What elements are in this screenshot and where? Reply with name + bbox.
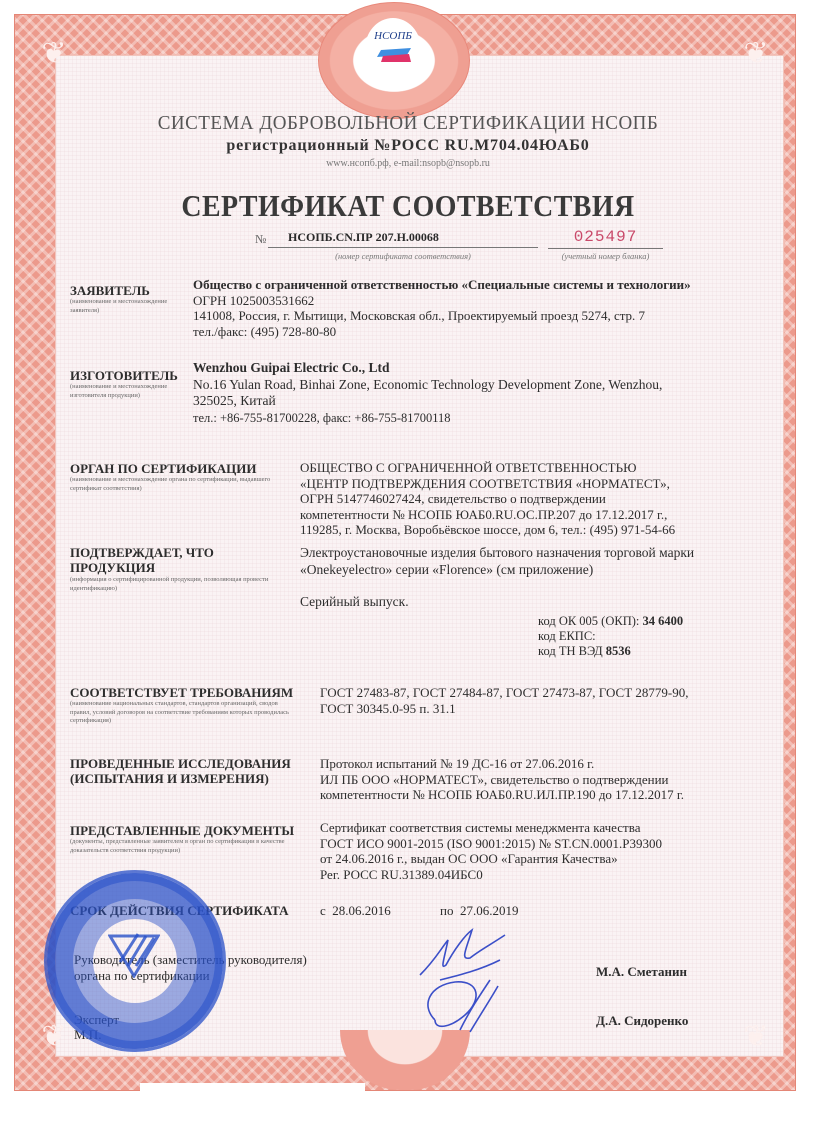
code-okp: код ОК 005 (ОКП): 34 6400 [538,614,683,629]
documents-line: ГОСТ ИСО 9001-2015 (ISO 9001:2015) № ST.… [320,836,662,852]
number-sign: № [255,232,266,247]
code-ekps: код ЕКПС: [538,629,683,644]
validity-from: с 28.06.2016 [320,903,391,919]
manufacturer-phone: тел.: +86-755-81700228, факс: +86-755-81… [193,410,662,427]
requirements-details: ГОСТ 27483-87, ГОСТ 27484-87, ГОСТ 27473… [320,685,688,716]
product-label-line: ПОДТВЕРЖДАЕТ, ЧТО [70,545,214,560]
product-label: ПОДТВЕРЖДАЕТ, ЧТО ПРОДУКЦИЯ [70,545,214,575]
applicant-phone: тел./факс: (495) 728-80-80 [193,324,691,340]
tests-line: компетентности № НСОПБ ЮАБ0.RU.ИЛ.ПР.190… [320,787,684,803]
requirements-note: (наименование национальных стандартов, с… [70,700,300,726]
applicant-label: ЗАЯВИТЕЛЬ [70,283,150,298]
manufacturer-address: No.16 Yulan Road, Binhai Zone, Economic … [193,377,662,394]
applicant-note: (наименование и местонахождение заявител… [70,298,180,315]
certification-body-details: ОБЩЕСТВО С ОГРАНИЧЕННОЙ ОТВЕТСТВЕННОСТЬЮ… [300,460,675,538]
validity-to: по 27.06.2019 [440,903,518,919]
documents-line: от 24.06.2016 г., выдан ОС ООО «Гарантия… [320,851,662,867]
certification-body-line: ОБЩЕСТВО С ОГРАНИЧЕННОЙ ОТВЕТСТВЕННОСТЬЮ [300,460,675,476]
manufacturer-details: Wenzhou Guipai Electric Co., Ltd No.16 Y… [193,360,662,426]
head-name: М.А. Сметанин [596,964,687,980]
code-tnved: код ТН ВЭД 8536 [538,644,683,659]
certificate-title: СЕРТИФИКАТ СООТВЕТСТВИЯ [41,188,775,224]
manufacturer-label: ИЗГОТОВИТЕЛЬ [70,368,178,383]
documents-note: (документы, представленные заявителем в … [70,838,305,855]
tests-label-line: (ИСПЫТАНИЯ И ИЗМЕРЕНИЯ) [70,771,291,786]
expert-name: Д.А. Сидоренко [596,1013,688,1029]
seal-emblem-icon [108,932,160,978]
corner-ornament-icon: ❦ [37,1020,71,1054]
requirements-line: ГОСТ 27483-87, ГОСТ 27484-87, ГОСТ 27473… [320,685,688,701]
product-description: Электроустановочные изделия бытового наз… [300,545,694,562]
applicant-address: 141008, Россия, г. Мытищи, Московская об… [193,308,691,324]
certificate-number: НСОПБ.CN.ПР 207.Н.00068 [268,230,538,248]
product-note: (информация о сертифицированной продукци… [70,576,295,593]
corner-ornament-icon: ❦ [739,1020,773,1054]
tests-label: ПРОВЕДЕННЫЕ ИССЛЕДОВАНИЯ (ИСПЫТАНИЯ И ИЗ… [70,756,291,786]
printer-footer [140,1083,365,1091]
certification-body-line: «ЦЕНТР ПОДТВЕРЖДЕНИЯ СООТВЕТСТВИЯ «НОРМА… [300,476,675,492]
nsopb-logo: НСОПБ [365,18,421,80]
product-details: Электроустановочные изделия бытового наз… [300,545,694,578]
certification-body-label: ОРГАН ПО СЕРТИФИКАЦИИ [70,461,257,476]
handwritten-signature [410,920,520,1035]
applicant-details: Общество с ограниченной ответственностью… [193,277,691,339]
flag-logo-icon [377,48,413,62]
tests-details: Протокол испытаний № 19 ДС-16 от 27.06.2… [320,756,684,803]
product-description: «Onekeyelectro» серии «Florence» (см при… [300,562,694,579]
product-label-line: ПРОДУКЦИЯ [70,560,214,575]
requirements-line: ГОСТ 30345.0-95 п. 31.1 [320,701,688,717]
manufacturer-note: (наименование и местонахождение изготови… [70,383,180,400]
certification-body-line: компетентности № НСОПБ ЮАБ0.RU.ОС.ПР.207… [300,507,675,523]
certification-body-note: (наименование и местонахождение органа п… [70,476,285,493]
registration-number: регистрационный №РОСС RU.М704.04ЮАБ0 [0,137,816,155]
product-serial: Серийный выпуск. [300,594,409,610]
applicant-name: Общество с ограниченной ответственностью… [193,277,691,293]
product-codes: код ОК 005 (ОКП): 34 6400 код ЕКПС: код … [538,614,683,659]
tests-label-line: ПРОВЕДЕННЫЕ ИССЛЕДОВАНИЯ [70,756,291,771]
documents-details: Сертификат соответствия системы менеджме… [320,820,662,882]
tests-line: ИЛ ПБ ООО «НОРМАТЕСТ», свидетельство о п… [320,772,684,788]
certification-body-line: 119285, г. Москва, Воробьёвское шоссе, д… [300,522,675,538]
corner-ornament-icon: ❦ [739,37,773,71]
manufacturer-name: Wenzhou Guipai Electric Co., Ltd [193,360,662,377]
requirements-label: СООТВЕТСТВУЕТ ТРЕБОВАНИЯМ [70,685,293,700]
system-title: СИСТЕМА ДОБРОВОЛЬНОЙ СЕРТИФИКАЦИИ НСОПБ [0,112,816,135]
blank-number-caption: (учетный номер бланка) [548,251,663,261]
certificate-number-caption: (номер сертификата соответствия) [268,251,538,261]
contacts: www.нсопб.рф, e-mail:nsopb@nsopb.ru [0,158,816,169]
blank-number: 025497 [548,228,663,249]
logo-text: НСОПБ [365,30,421,42]
applicant-ogrn: ОГРН 1025003531662 [193,293,691,309]
certification-body-line: ОГРН 5147746027424, свидетельство о подт… [300,491,675,507]
tests-line: Протокол испытаний № 19 ДС-16 от 27.06.2… [320,756,684,772]
documents-label: ПРЕДСТАВЛЕННЫЕ ДОКУМЕНТЫ [70,823,294,838]
manufacturer-postcode: 325025, Китай [193,393,662,410]
documents-line: Рег. РОСС RU.31389.04ИБС0 [320,867,662,883]
documents-line: Сертификат соответствия системы менеджме… [320,820,662,836]
corner-ornament-icon: ❦ [37,37,71,71]
